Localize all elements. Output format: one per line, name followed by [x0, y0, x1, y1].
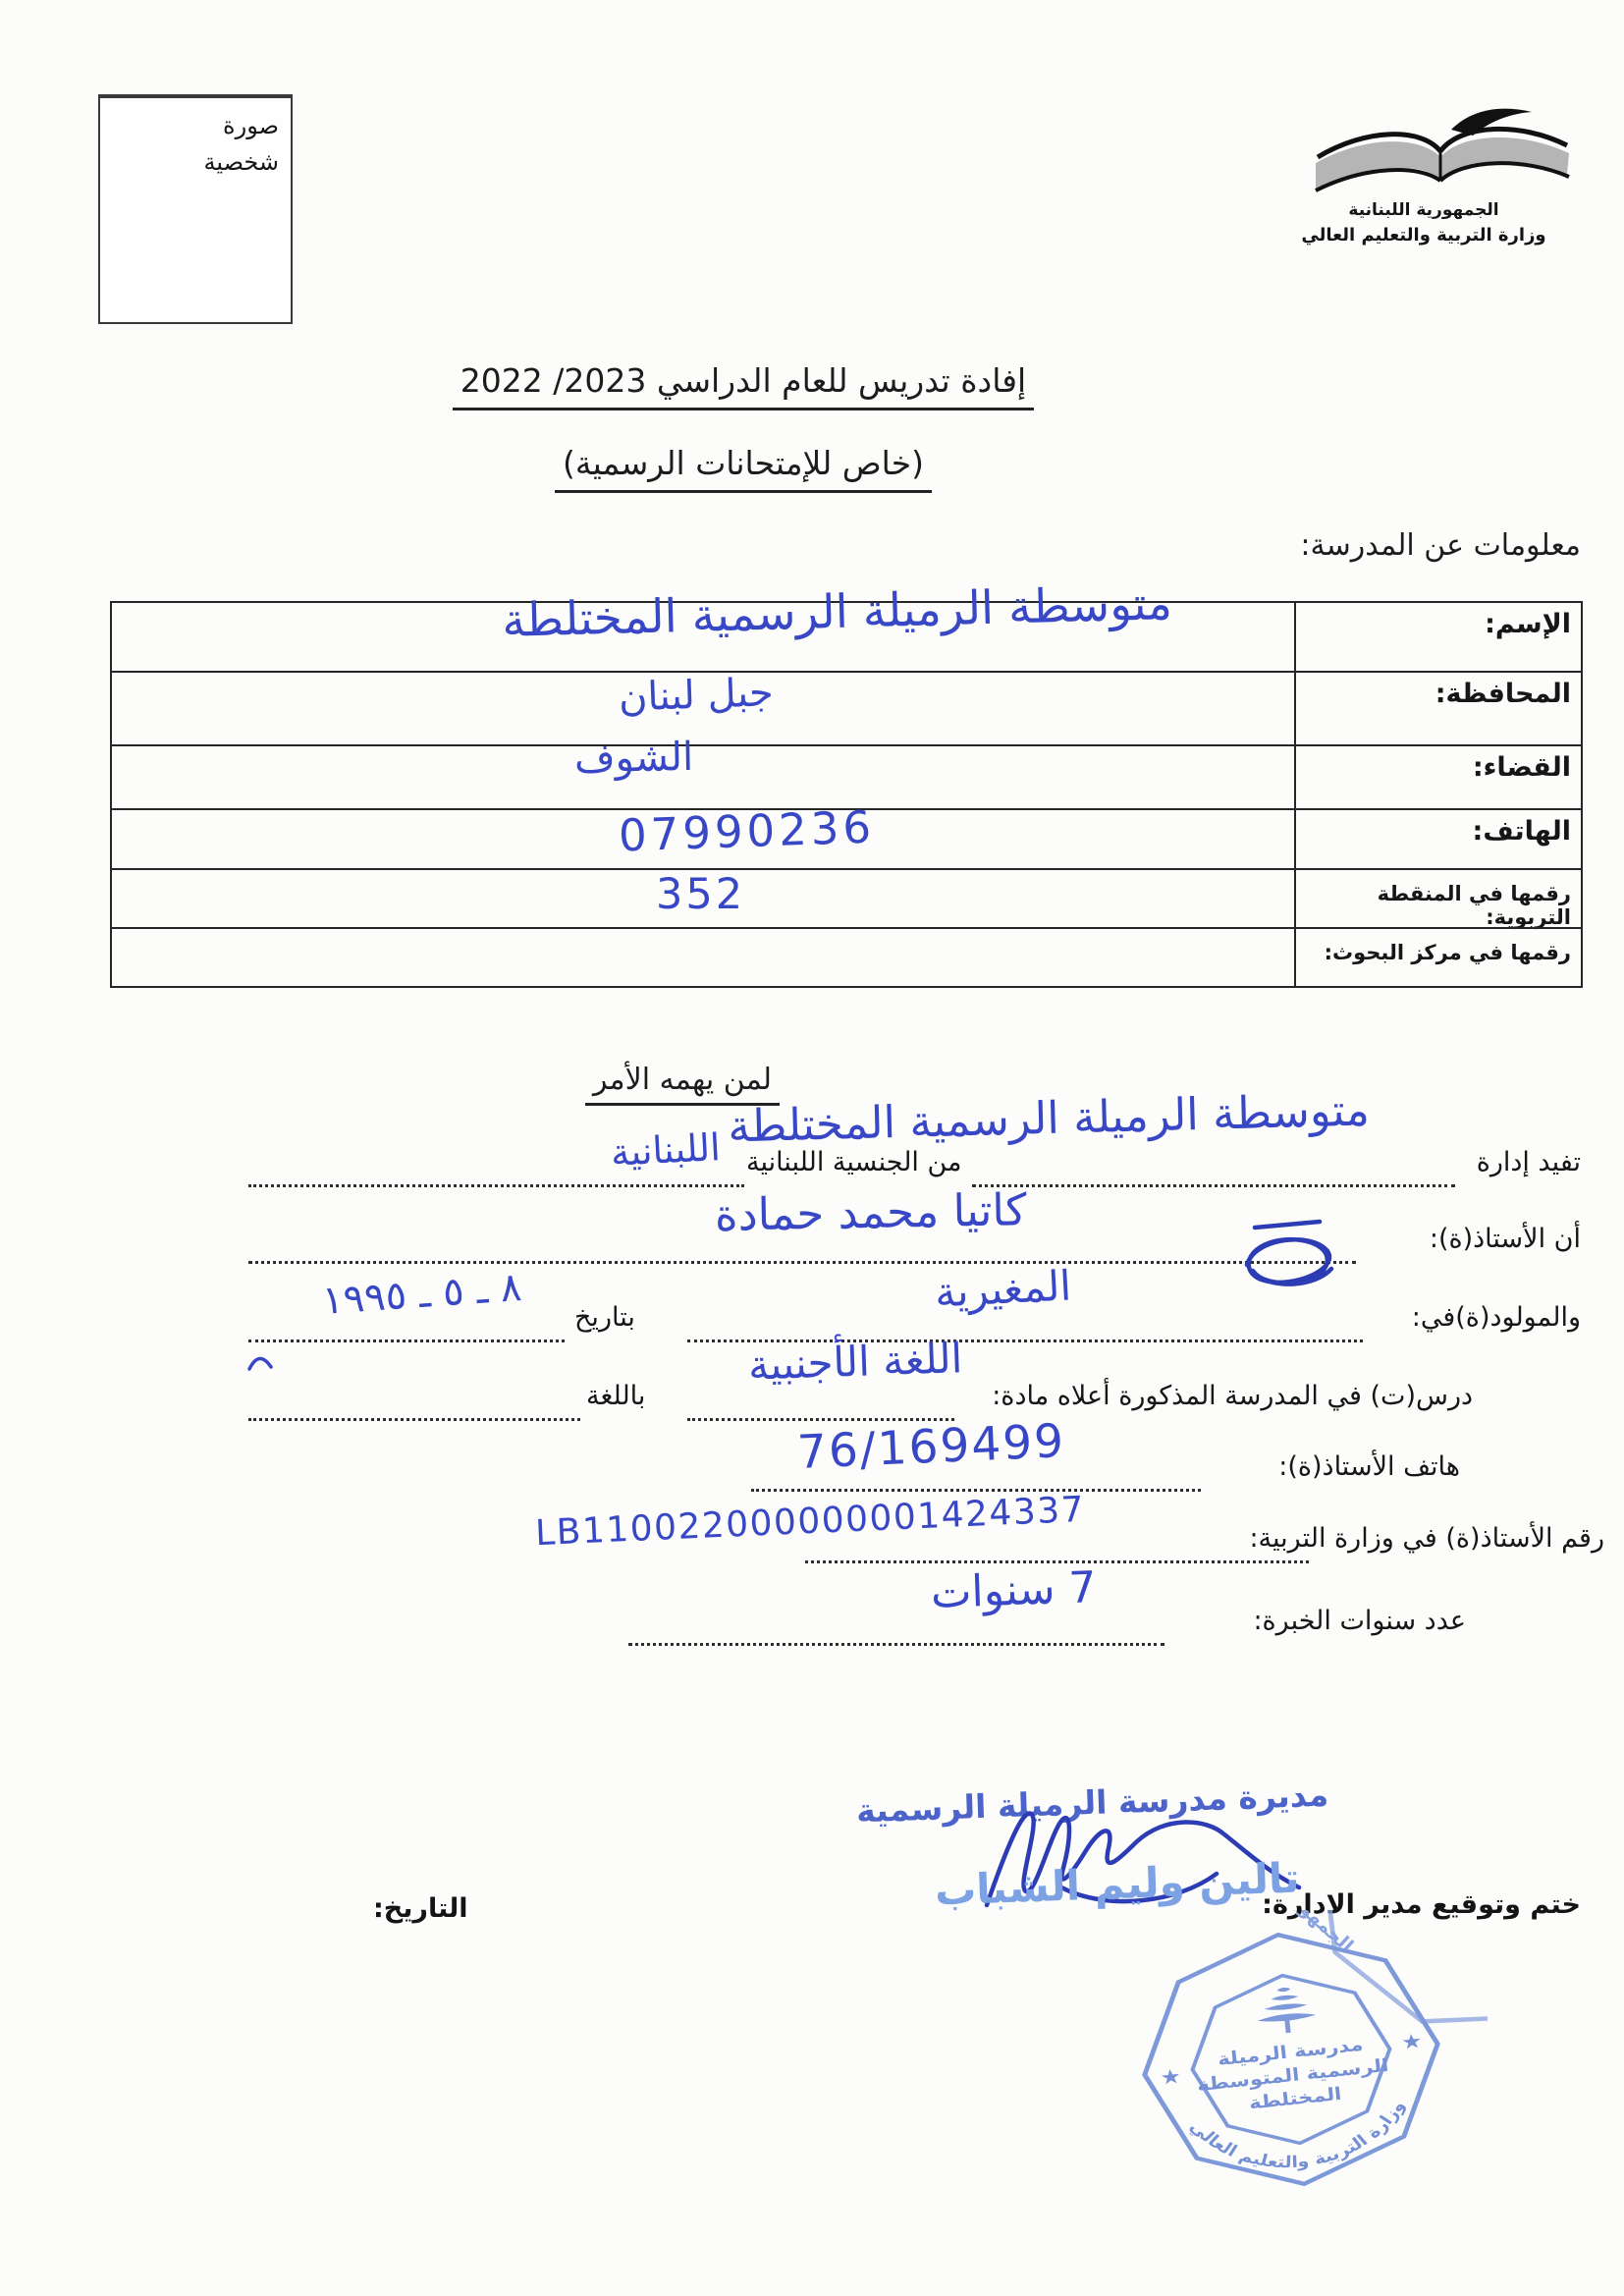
photo-box-label: صورة شخصية: [203, 108, 279, 181]
table-cell-value: [112, 927, 1294, 986]
handwritten-teacher-name: كاتيا محمد حمادة: [715, 1187, 1027, 1237]
table-cell-value: [112, 744, 1294, 808]
school-info-heading: معلومات عن المدرسة:: [1300, 528, 1581, 563]
cedar-tree-icon: [1254, 1985, 1318, 2036]
handwritten-district: الشوف: [574, 738, 694, 779]
line3-label: والمولود(ة)في:: [1412, 1302, 1581, 1333]
dotted-line: [248, 1418, 580, 1421]
line3-date-label: بتاريخ: [574, 1302, 635, 1333]
line5-label: هاتف الأستاذ(ة):: [1278, 1451, 1460, 1482]
official-seal-icon: الجمهورية اللبنانية مدرسة الرميلة الرسمي…: [1114, 1910, 1488, 2205]
table-label-research-number: رقمها في مركز البحوث:: [1294, 927, 1581, 986]
handwritten-ministry-number: LB110022000000001424337: [534, 1493, 1085, 1552]
handwritten-experience: 7 سنوات: [930, 1566, 1097, 1615]
republic-name: الجمهورية اللبنانية: [1262, 200, 1586, 220]
handwritten-school-phone: 07990236: [618, 804, 875, 857]
scanned-teaching-certificate: صورة شخصية الجمهورية اللبنانية وزارة الت…: [0, 0, 1624, 2296]
dotted-line: [248, 1261, 1356, 1264]
table-label-name: الإسم:: [1294, 603, 1581, 671]
line6-label: رقم الأستاذ(ة) في وزارة التربية:: [1249, 1523, 1604, 1554]
document-subtitle-wrap: (خاص للإمتحانات الرسمية): [321, 444, 1165, 493]
seal-star-left: ★: [1159, 2064, 1182, 2090]
handwritten-teacher-phone: 76/169499: [796, 1418, 1066, 1476]
line4-language-label: باللغة: [586, 1381, 645, 1411]
document-subtitle: (خاص للإمتحانات الرسمية): [555, 444, 932, 493]
table-label-phone: الهاتف:: [1294, 808, 1581, 868]
document-title: إفادة تدريس للعام الدراسي 2023/ 2022: [453, 361, 1034, 410]
ink-scribble-icon: [1233, 1218, 1351, 1316]
handwritten-governorate: جبل لبنان: [618, 673, 774, 717]
pen-mark-icon: [245, 1347, 275, 1373]
handwritten-subject: اللغة الأجنبية: [747, 1338, 963, 1387]
school-info-table: الإسم: المحافظة: القضاء: الهاتف: رقمها ف…: [110, 601, 1583, 988]
dotted-line: [248, 1184, 744, 1187]
handwritten-nationality: اللبنانية: [610, 1128, 721, 1172]
photo-label-line1: صورة: [203, 108, 279, 144]
dotted-line: [248, 1339, 565, 1342]
seal-star-right: ★: [1400, 2029, 1424, 2054]
handwritten-birth-date: ٨ ـ ٥ ـ ١٩٩٥: [321, 1268, 523, 1321]
dotted-line: [628, 1643, 1164, 1646]
photo-label-line2: شخصية: [203, 144, 279, 181]
table-label-district-number: رقمها في المنقطة التربوية:: [1294, 868, 1581, 927]
line4-label: درس(ت) في المدرسة المذكورة أعلاه مادة:: [992, 1381, 1473, 1411]
dotted-line: [751, 1489, 1201, 1492]
line2-label: أن الأستاذ(ة):: [1430, 1224, 1581, 1254]
table-label-district: القضاء:: [1294, 744, 1581, 808]
photo-box: صورة شخصية: [98, 94, 293, 324]
handwritten-district-number: 352: [656, 874, 745, 916]
table-label-governorate: المحافظة:: [1294, 671, 1581, 744]
line1-label: تفيد إدارة: [1477, 1147, 1581, 1177]
dotted-line: [972, 1184, 1455, 1187]
ministry-logo-icon: [1306, 100, 1581, 198]
date-label: التاريخ:: [373, 1893, 468, 1924]
line1-nationality-label: من الجنسية اللبنانية: [746, 1147, 962, 1177]
line7-label: عدد سنوات الخبرة:: [1253, 1606, 1466, 1636]
ministry-name: وزارة التربية والتعليم العالي: [1262, 225, 1586, 246]
document-title-wrap: إفادة تدريس للعام الدراسي 2023/ 2022: [321, 361, 1165, 410]
handwritten-birthplace: المغيرية: [934, 1265, 1072, 1313]
